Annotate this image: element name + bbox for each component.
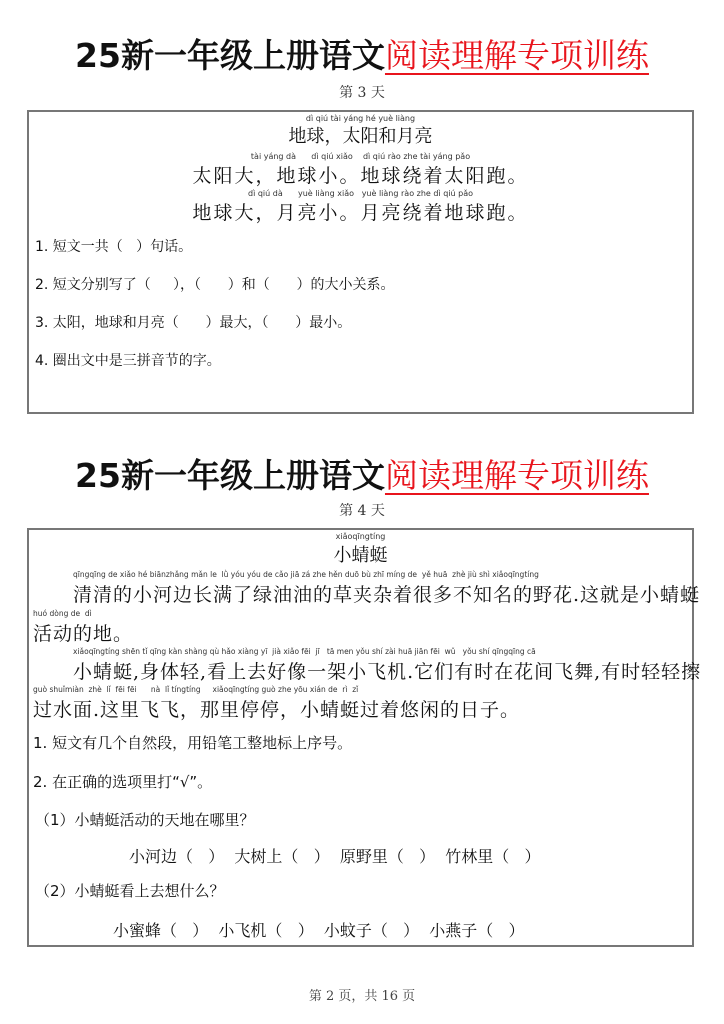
paragraph-text: 活动的地。 xyxy=(33,619,133,646)
question-2-sub-2: （2）小蜻蜓看上去想什么？ xyxy=(35,880,225,901)
options-habitat: 小河边（ ） 大树上（ ） 原野里（ ） 竹林里（ ） xyxy=(129,844,541,867)
passage-title: 地球，太阳和月亮 xyxy=(29,122,692,148)
title-grade-text: 25新一年级上册语文 xyxy=(75,36,385,75)
exercise-box-day4: xiǎoqīngtíng 小蜻蜓 qīngqīng de xiǎo hé biā… xyxy=(27,528,694,947)
pinyin-text: xiǎoqīngtíng xyxy=(29,532,692,541)
pinyin-text: huó dòng de dì xyxy=(33,609,92,618)
question-4: 4. 圈出文中是三拼音节的字。 xyxy=(35,350,221,370)
page-footer: 第 2 页，共 16 页 xyxy=(0,985,724,1004)
passage-line-1: tài yáng dà dì qiú xiǎo dì qiú rào zhe t… xyxy=(29,152,692,188)
title-topic-text: 阅读理解专项训练 xyxy=(385,456,649,495)
passage-line-2: dì qiú dà yuè liàng xiǎo yuè liàng rào z… xyxy=(29,189,692,225)
paragraph-text: 小蜻蜓,身体轻,看上去好像一架小飞机.它们有时在花间飞舞,有时轻轻擦 xyxy=(73,657,701,684)
pinyin-text: qīngqīng de xiǎo hé biānzhǎng mǎn le lǜ … xyxy=(73,570,539,579)
pinyin-text: tài yáng dà dì qiú xiǎo dì qiú rào zhe t… xyxy=(29,152,692,161)
question-1: 1. 短文有几个自然段，用铅笔工整地标上序号。 xyxy=(33,732,352,753)
question-2: 2. 在正确的选项里打“√”。 xyxy=(33,771,212,792)
passage-text: 太阳大，地球小。地球绕着太阳跑。 xyxy=(29,161,692,188)
day-label: 第 3 天 xyxy=(0,82,724,102)
pinyin-text: xiǎoqīngtíng shēn tǐ qīng kàn shàng qù h… xyxy=(73,647,536,656)
pinyin-text: guò shuǐmiàn zhè lǐ fēi fēi nà lǐ tíngtí… xyxy=(33,685,358,694)
worksheet-title-day3: 25新一年级上册语文阅读理解专项训练 xyxy=(0,30,724,77)
exercise-box-day3: dì qiú tài yáng hé yuè liàng 地球，太阳和月亮 tà… xyxy=(27,110,694,414)
day-label: 第 4 天 xyxy=(0,500,724,520)
paragraph-text: 清清的小河边长满了绿油油的草夹杂着很多不知名的野花.这就是小蜻蜓 xyxy=(73,580,700,607)
title-topic-text: 阅读理解专项训练 xyxy=(385,36,649,75)
passage-text: 地球大，月亮小。月亮绕着地球跑。 xyxy=(29,198,692,225)
question-2: 2. 短文分别写了（ ），（ ）和（ ）的大小关系。 xyxy=(35,274,394,294)
passage-title-pinyin: dì qiú tài yáng hé yuè liàng 地球，太阳和月亮 xyxy=(29,114,692,148)
paragraph-text: 过水面.这里飞飞，那里停停，小蜻蜓过着悠闲的日子。 xyxy=(33,695,520,722)
pinyin-text: dì qiú dà yuè liàng xiǎo yuè liàng rào z… xyxy=(29,189,692,198)
question-2-sub-1: （1）小蜻蜓活动的天地在哪里？ xyxy=(35,809,255,830)
passage-title-block: xiǎoqīngtíng 小蜻蜓 xyxy=(29,532,692,567)
options-looks-like: 小蜜蜂（ ） 小飞机（ ） 小蚊子（ ） 小燕子（ ） xyxy=(113,918,525,941)
title-grade-text: 25新一年级上册语文 xyxy=(75,456,385,495)
question-3: 3. 太阳，地球和月亮（ ）最大，（ ）最小。 xyxy=(35,312,351,332)
question-1: 1. 短文一共（ ）句话。 xyxy=(35,236,192,256)
worksheet-title-day4: 25新一年级上册语文阅读理解专项训练 xyxy=(0,450,724,497)
passage-title: 小蜻蜓 xyxy=(29,541,692,567)
